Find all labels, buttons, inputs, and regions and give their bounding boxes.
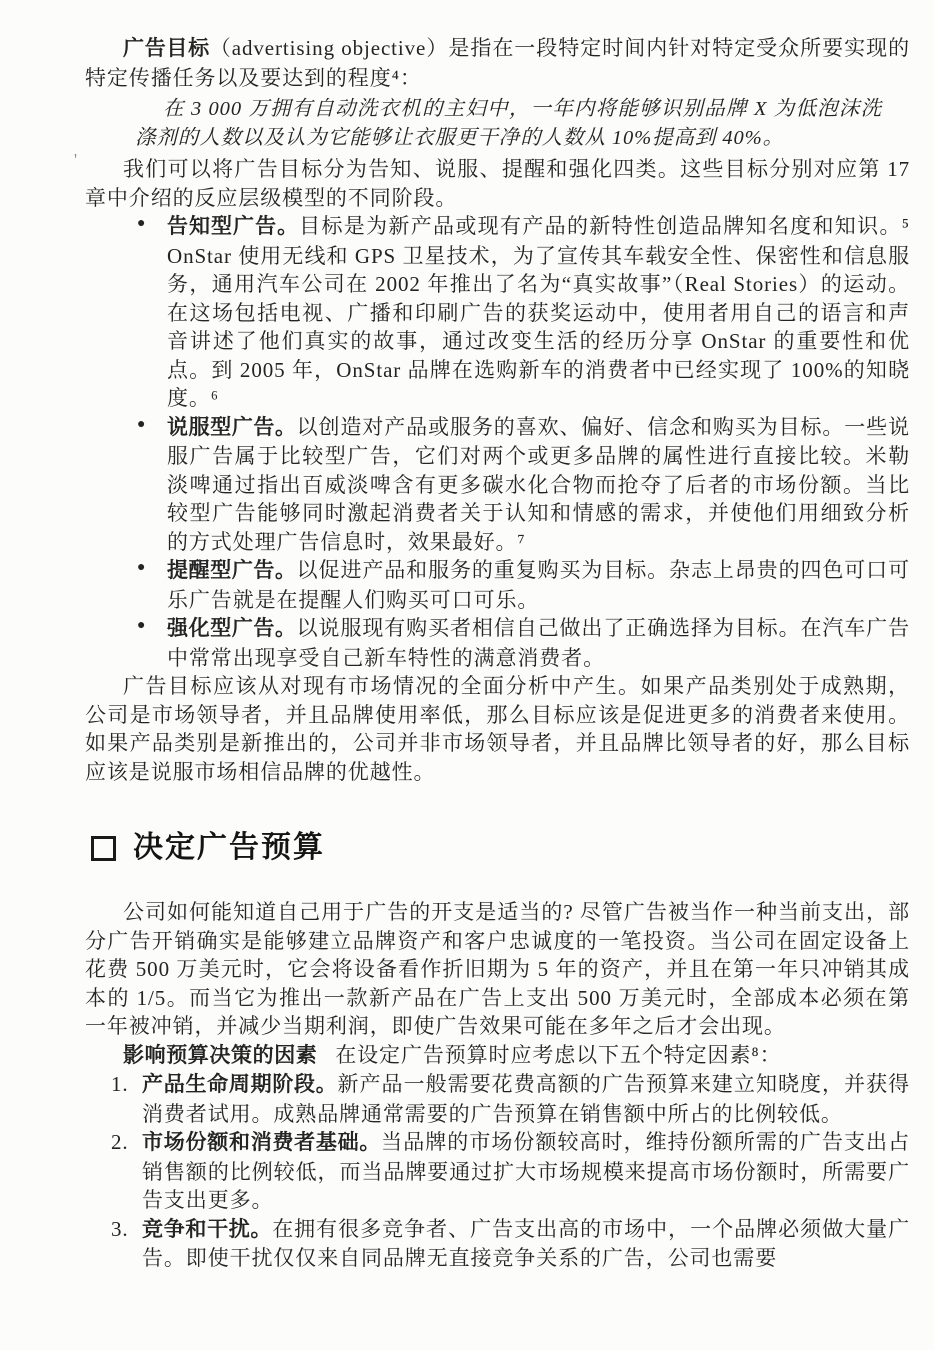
numbered-term: 产品生命周期阶段。 bbox=[142, 1073, 338, 1096]
numbered-term: 竞争和干扰。 bbox=[142, 1218, 272, 1241]
paragraph-objective-analysis: 广告目标应该从对现有市场情况的全面分析中产生。如果产品类别处于成熟期，公司是市场… bbox=[85, 672, 910, 786]
paragraph-objective-categories: 我们可以将广告目标分为告知、说服、提醒和强化四类。这些目标分别对应第 17 章中… bbox=[85, 155, 910, 212]
numbered-item-market-share: 2.市场份额和消费者基础。当品牌的市场份额较高时，维持份额所需的广告支出占销售额… bbox=[85, 1128, 910, 1215]
bullet-term: 提醒型广告。 bbox=[167, 559, 297, 582]
section-title: 决定广告预算 bbox=[133, 828, 325, 868]
square-outline-icon bbox=[91, 836, 116, 861]
bullet-item-reinforcement: ●强化型广告。以说服现有购买者相信自己做出了正确选择为目标。在汽车广告中常常出现… bbox=[85, 614, 910, 672]
list-number: 2. bbox=[111, 1128, 129, 1157]
bullet-term: 告知型广告。 bbox=[167, 215, 299, 238]
paragraph-text: 在设定广告预算时应考虑以下五个特定因素⁸： bbox=[335, 1043, 781, 1067]
section-heading-advertising-budget: 决定广告预算 bbox=[91, 828, 910, 868]
bullet-term: 说服型广告。 bbox=[167, 416, 297, 439]
numbered-term: 市场份额和消费者基础。 bbox=[142, 1131, 381, 1154]
bullet-item-reminder: ●提醒型广告。以促进产品和服务的重复购买为目标。杂志上昂贵的四色可口可乐广告就是… bbox=[85, 556, 910, 614]
bullet-item-informative: ●告知型广告。目标是为新产品或现有产品的新特性创造品牌知名度和知识。⁵ OnSt… bbox=[85, 212, 910, 413]
scan-artifact-mark: ' bbox=[74, 146, 77, 175]
list-number: 1. bbox=[111, 1070, 129, 1099]
numbered-item-competition-clutter: 3.竞争和干扰。在拥有很多竞争者、广告支出高的市场中，一个品牌必须做大量广告。即… bbox=[85, 1215, 910, 1273]
bullet-icon: ● bbox=[137, 554, 145, 583]
bullet-item-persuasive: ●说服型广告。以创造对产品或服务的喜欢、偏好、信念和购买为目标。一些说服广告属于… bbox=[85, 413, 910, 557]
paragraph-budget-intro: 公司如何能知道自己用于广告的开支是适当的? 尽管广告被当作一种当前支出，部分广告… bbox=[85, 898, 910, 1041]
numbered-list-budget-factors: 1.产品生命周期阶段。新产品一般需要花费高额的广告预算来建立知晓度，并获得消费者… bbox=[85, 1070, 910, 1273]
bullet-list-ad-types: ●告知型广告。目标是为新产品或现有产品的新特性创造品牌知名度和知识。⁵ OnSt… bbox=[85, 212, 910, 672]
bullet-text: 目标是为新产品或现有产品的新特性创造品牌知名度和知识。⁵ OnStar 使用无线… bbox=[167, 214, 910, 410]
bullet-icon: ● bbox=[137, 210, 145, 239]
bullet-icon: ● bbox=[137, 411, 145, 440]
bold-term-advertising-objective: 广告目标 bbox=[123, 37, 210, 60]
textbook-page: ' 广告目标（advertising objective）是指在一段特定时间内针… bbox=[0, 0, 934, 1350]
bullet-icon: ● bbox=[137, 612, 145, 641]
bold-term-budget-factors: 影响预算决策的因素 bbox=[123, 1044, 317, 1067]
paragraph-budget-factors-lead: 影响预算决策的因素在设定广告预算时应考虑以下五个特定因素⁸： bbox=[85, 1041, 910, 1071]
example-quote-washing-machine: 在 3 000 万拥有自动洗衣机的主妇中，一年内将能够识别品牌 X 为低泡沫洗涤… bbox=[135, 95, 882, 152]
bullet-term: 强化型广告。 bbox=[167, 617, 297, 640]
numbered-item-product-life-cycle: 1.产品生命周期阶段。新产品一般需要花费高额的广告预算来建立知晓度，并获得消费者… bbox=[85, 1070, 910, 1128]
list-number: 3. bbox=[111, 1215, 129, 1244]
paragraph-advertising-objective-definition: 广告目标（advertising objective）是指在一段特定时间内针对特… bbox=[85, 34, 910, 92]
